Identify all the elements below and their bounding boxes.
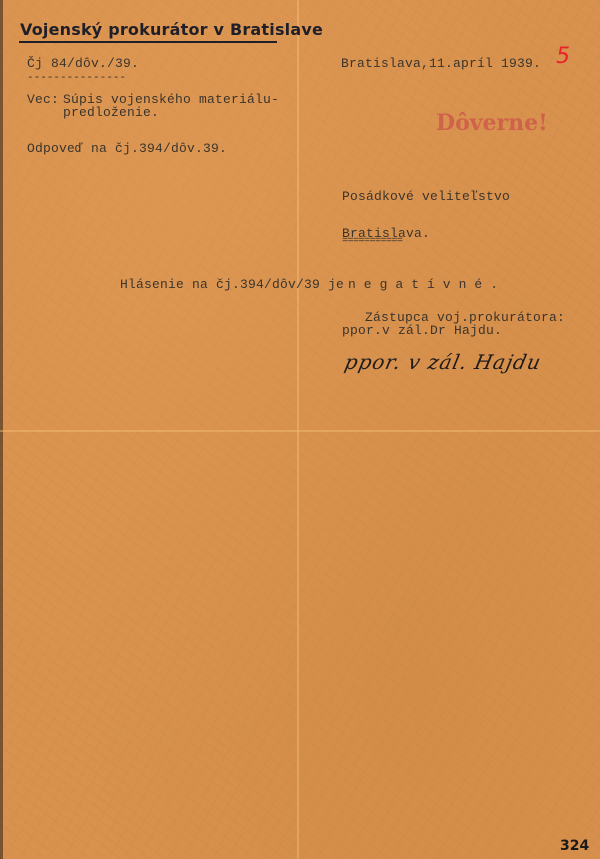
recipient-line-1: Posádkové veliteľstvo: [342, 189, 510, 204]
place-date: Bratislava,11.apríl 1939.: [341, 56, 541, 71]
reply-reference: Odpoveď na čj.394/dôv.39.: [27, 141, 227, 156]
reference-number: Čj 84/dôv./39.: [27, 56, 139, 71]
horizontal-fold-line: [0, 430, 600, 432]
signatory-name: ppor.v zál.Dr Hajdu.: [342, 323, 502, 338]
body-emphasis: negatívné.: [348, 277, 506, 292]
handwritten-signature: ppor. v zál. Hajdu: [342, 350, 543, 374]
reference-underline: ---------------: [27, 72, 126, 84]
letterhead-underline: [19, 41, 277, 43]
body-text: Hlásenie na čj.394/dôv/39 je: [120, 277, 344, 292]
letterhead: Vojenský prokurátor v Bratislave: [20, 20, 323, 39]
recipient-underline: ===========: [342, 236, 403, 247]
red-folio-number: 5: [556, 44, 570, 69]
archive-page-number: 324: [560, 838, 589, 854]
subject-label: Vec:: [27, 92, 59, 107]
confidential-stamp: Dôverne!: [436, 110, 548, 136]
subject-line-2: predloženie.: [63, 105, 159, 120]
